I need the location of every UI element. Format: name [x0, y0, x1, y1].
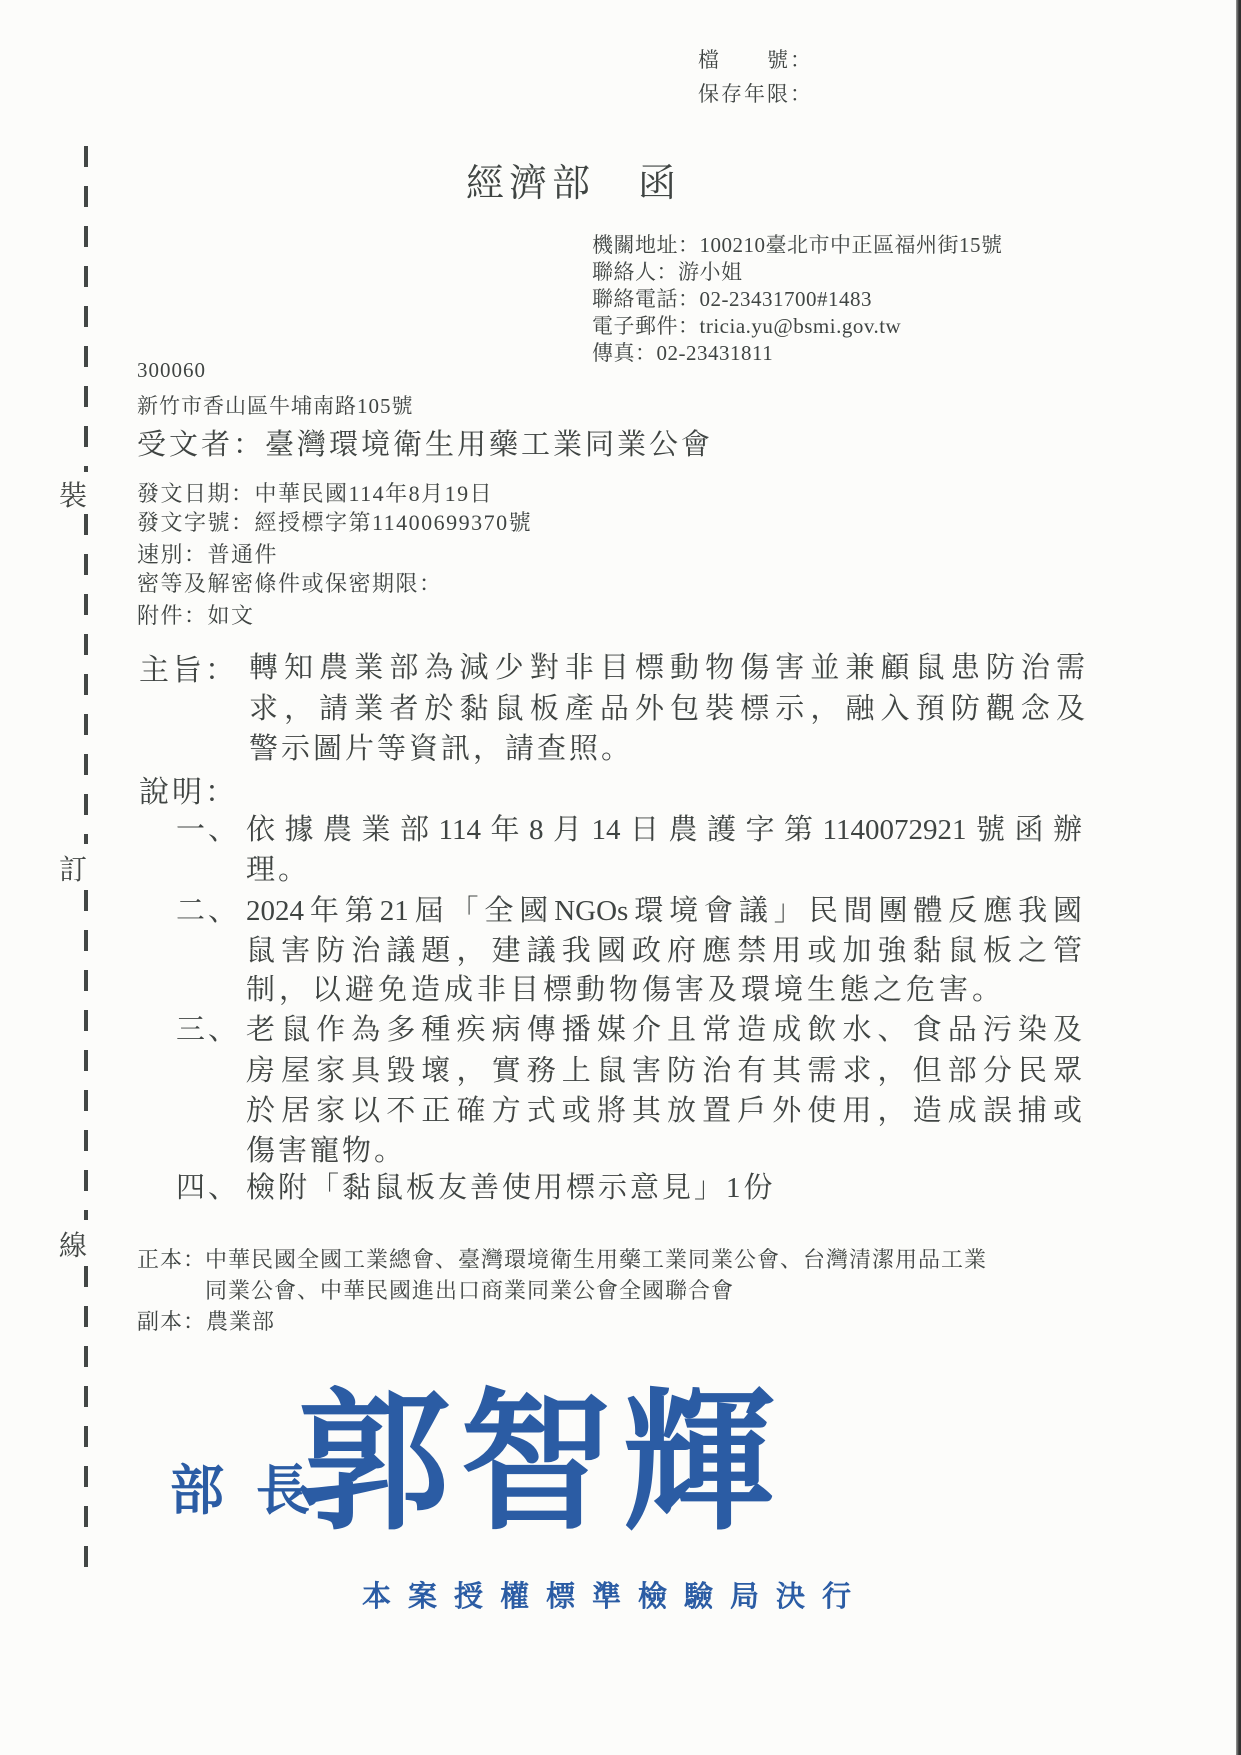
binding-mark-xian: 線 — [59, 1224, 87, 1264]
agency-address-label: 機關地址： — [592, 233, 700, 257]
binding-mark-ding: 訂 — [59, 848, 87, 888]
explanation-item-line: 鼠害防治議題，建議我國政府應禁用或加強黏鼠板之管 — [246, 928, 1082, 969]
agency-phone-row: 聯絡電話：02-23431700#1483 — [592, 286, 1003, 313]
dispatch-security: 密等及解密條件或保密期限： — [137, 567, 443, 598]
agency-fax-row: 傳真：02-23431811 — [592, 340, 1003, 367]
explanation-label: 說明： — [139, 767, 238, 811]
document-title: 經濟部 函 — [466, 152, 681, 207]
authorization-stamp-line: 本案授權標準檢驗局決行 — [362, 1574, 868, 1615]
explanation-item-number: 二、 — [176, 888, 240, 929]
explanation-item-number: 一、 — [176, 807, 240, 848]
carbon-copy-line: 副本：農業部 — [137, 1305, 275, 1336]
subject-line: 求，請業者於黏鼠板產品外包裝標示，融入預防觀念及 — [249, 686, 1085, 727]
binding-dash-segment — [84, 890, 88, 1220]
dispatch-speed: 速別：普通件 — [137, 538, 278, 569]
explanation-item-line: 檢附「黏鼠板友善使用標示意見」1份 — [246, 1165, 776, 1206]
retention-period-label: 保存年限： — [698, 78, 813, 108]
agency-contact-value: 游小姐 — [678, 260, 743, 284]
agency-phone-label: 聯絡電話： — [592, 287, 700, 311]
original-copy-label: 正本： — [137, 1243, 206, 1274]
agency-email-row: 電子郵件：tricia.yu@bsmi.gov.tw — [592, 313, 1003, 340]
binding-dash-segment — [84, 1266, 88, 1586]
explanation-item-number: 四、 — [176, 1165, 240, 1206]
dispatch-attachment: 附件：如文 — [137, 599, 255, 630]
agency-contact-label: 聯絡人： — [592, 260, 678, 284]
agency-fax-label: 傳真： — [592, 341, 657, 365]
explanation-item-line: 房屋家具毀壞，實務上鼠害防治有其需求，但部分民眾 — [246, 1048, 1082, 1089]
binding-dash-segment — [84, 146, 88, 472]
explanation-item-line: 傷害寵物。 — [246, 1128, 406, 1169]
document-page: 裝 訂 線 檔 號： 保存年限： 經濟部 函 機關地址：100210臺北市中正區… — [0, 0, 1241, 1755]
subject-line: 轉知農業部為減少對非目標動物傷害並兼顧鼠患防治需 — [249, 645, 1085, 686]
agency-contact-row: 聯絡人：游小姐 — [592, 259, 1003, 286]
binding-dash-segment — [84, 514, 88, 844]
agency-info-block: 機關地址：100210臺北市中正區福州街15號 聯絡人：游小姐 聯絡電話：02-… — [592, 232, 1003, 367]
agency-email-label: 電子郵件： — [592, 314, 700, 338]
recipient-postal-code: 300060 — [137, 358, 206, 383]
subject-label: 主旨： — [139, 645, 238, 689]
explanation-item-line: 2024年第21屆「全國NGOs環境會議」民間團體反應我國 — [246, 888, 1082, 929]
recipient-line: 受文者：臺灣環境衛生用藥工業同業公會 — [137, 422, 713, 463]
binding-mark-zhuang: 裝 — [59, 474, 87, 514]
dispatch-date: 發文日期：中華民國114年8月19日 — [137, 477, 493, 508]
agency-fax-value: 02-23431811 — [657, 341, 774, 365]
original-copy-recipients: 同業公會、中華民國進出口商業同業公會全國聯合會 — [205, 1274, 734, 1305]
explanation-item-line: 老鼠作為多種疾病傳播媒介且常造成飲水、食品污染及 — [246, 1007, 1082, 1048]
agency-address-row: 機關地址：100210臺北市中正區福州街15號 — [592, 232, 1003, 259]
explanation-item-number: 三、 — [176, 1007, 240, 1048]
scan-edge-line — [1236, 0, 1241, 1755]
agency-email-value: tricia.yu@bsmi.gov.tw — [700, 314, 902, 338]
dispatch-ref-number: 發文字號：經授標字第11400699370號 — [137, 506, 532, 537]
file-number-label: 檔 號： — [698, 44, 813, 74]
explanation-item-line: 依據農業部114年8月14日農護字第1140072921號函辦 — [246, 807, 1082, 848]
agency-address-value: 100210臺北市中正區福州街15號 — [700, 233, 1003, 257]
explanation-item-line: 於居家以不正確方式或將其放置戶外使用，造成誤捕或 — [246, 1088, 1082, 1129]
explanation-item-line: 制，以避免造成非目標動物傷害及環境生態之危害。 — [246, 967, 1005, 1008]
agency-phone-value: 02-23431700#1483 — [700, 287, 873, 311]
subject-line: 警示圖片等資訊，請查照。 — [249, 726, 633, 767]
original-copy-recipients: 中華民國全國工業總會、臺灣環境衛生用藥工業同業公會、台灣清潔用品工業 — [205, 1243, 987, 1274]
minister-signature: 郭智輝 — [298, 1388, 784, 1540]
recipient-address: 新竹市香山區牛埔南路105號 — [137, 390, 414, 420]
explanation-item-line: 理。 — [246, 847, 310, 888]
